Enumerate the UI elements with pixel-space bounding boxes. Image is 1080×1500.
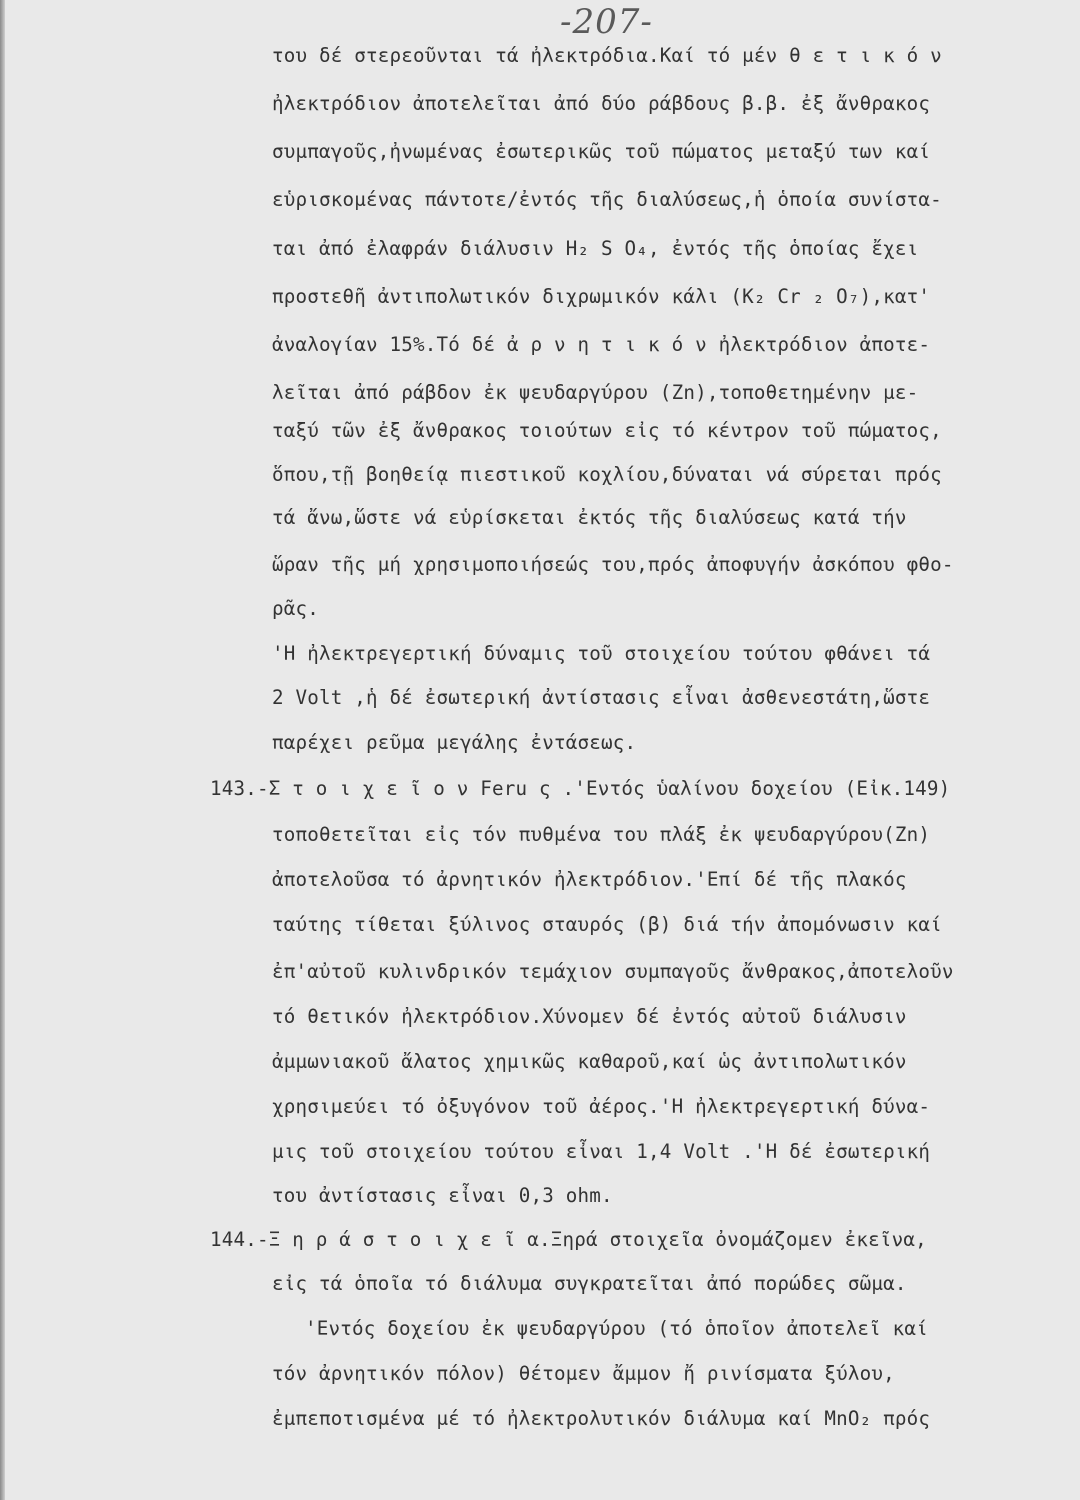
section-heading-143: 143.-Σ τ ο ι χ ε ῖ ο ν Feru ς .'Εντός ὑα… [210,777,950,800]
text-line: 2 Volt ,ἡ δέ ἐσωτερική ἀντίστασις εἶναι … [272,686,930,709]
text-line: ἀποτελοῦσα τό ἀρνητικόν ἠλεκτρόδιον.'Επί… [272,868,907,891]
text-line: χρησιμεύει τό ὀξυγόνον τοῦ ἀέρος.'Η ἠλεκ… [272,1095,930,1118]
text-line: τοποθετεῖται εἰς τόν πυθμένα του πλάξ ἐκ… [272,823,930,846]
section-heading-144: 144.-Ξ η ρ ά σ τ ο ι χ ε ῖ α.Ξηρά στοιχε… [210,1228,927,1251]
text-line: του ἀντίστασις εἶναι 0,3 ohm. [272,1184,613,1207]
text-line: ὅπου,τῇ βοηθείᾳ πιεστικοῦ κοχλίου,δύνατα… [272,463,942,486]
text-line: ἐμπεποτισμένα μέ τό ἠλεκτρολυτικόν διάλυ… [272,1407,930,1430]
text-line: ὥραν τῆς μή χρησιμοποιήσεώς του,πρός ἀπο… [272,553,954,576]
text-line: ἀναλογίαν 15%.Τό δέ ἀ ρ ν η τ ι κ ό ν ἠλ… [272,333,930,356]
text-line: εἰς τά ὁποῖα τό διάλυμα συγκρατεῖται ἀπό… [272,1272,907,1295]
text-line: λεῖται ἀπό ράβδον ἐκ ψευδαργύρου (Zn),το… [272,381,918,404]
text-line: προστεθῆ ἀντιπολωτικόν διχρωμικόν κάλι (… [272,285,930,308]
text-line: ταξύ τῶν ἐξ ἄνθρακος τοιούτων εἰς τό κέν… [272,419,942,442]
text-line: παρέχει ρεῦμα μεγάλης ἐντάσεως. [272,731,636,754]
text-line: μις τοῦ στοιχείου τούτου εἶναι 1,4 Volt … [272,1140,930,1163]
text-line: ἀμμωνιακοῦ ἄλατος χημικῶς καθαροῦ,καί ὡς… [272,1050,907,1073]
text-line: ρᾶς. [272,597,319,620]
text-line: τόν ἀρνητικόν πόλον) θέτομεν ἄμμον ἤ ριν… [272,1362,895,1385]
text-line: τό θετικόν ἠλεκτρόδιον.Χύνομεν δέ ἐντός … [272,1005,907,1028]
page-number: -207- [560,2,653,42]
text-line: 'Εντός δοχείου ἐκ ψευδαργύρου (τό ὁποῖον… [305,1317,928,1340]
text-line: τά ἄνω,ὥστε νά εὑρίσκεται ἐκτός τῆς διαλ… [272,506,907,529]
page-binding-edge [0,0,5,1500]
text-line: του δέ στερεοῦνται τά ἠλεκτρόδια.Καί τό … [272,44,942,67]
text-line: ται ἀπό ἐλαφράν διάλυσιν H₂ S O₄, ἐντός … [272,237,918,260]
text-line: ἐπ'αὐτοῦ κυλινδρικόν τεμάχιον συμπαγοῦς … [272,960,954,983]
text-line: εὑρισκομένας πάντοτε/ἐντός τῆς διαλύσεως… [272,188,942,211]
text-line: ταύτης τίθεται ξύλινος σταυρός (β) διά τ… [272,913,942,936]
text-line: 'Η ἠλεκτρεγερτική δύναμις τοῦ στοιχείου … [272,642,930,665]
text-line: ἠλεκτρόδιον ἀποτελεῖται ἀπό δύο ράβδους … [272,92,930,115]
text-line: συμπαγοῦς,ἠνωμένας ἐσωτερικῶς τοῦ πώματο… [272,140,930,163]
